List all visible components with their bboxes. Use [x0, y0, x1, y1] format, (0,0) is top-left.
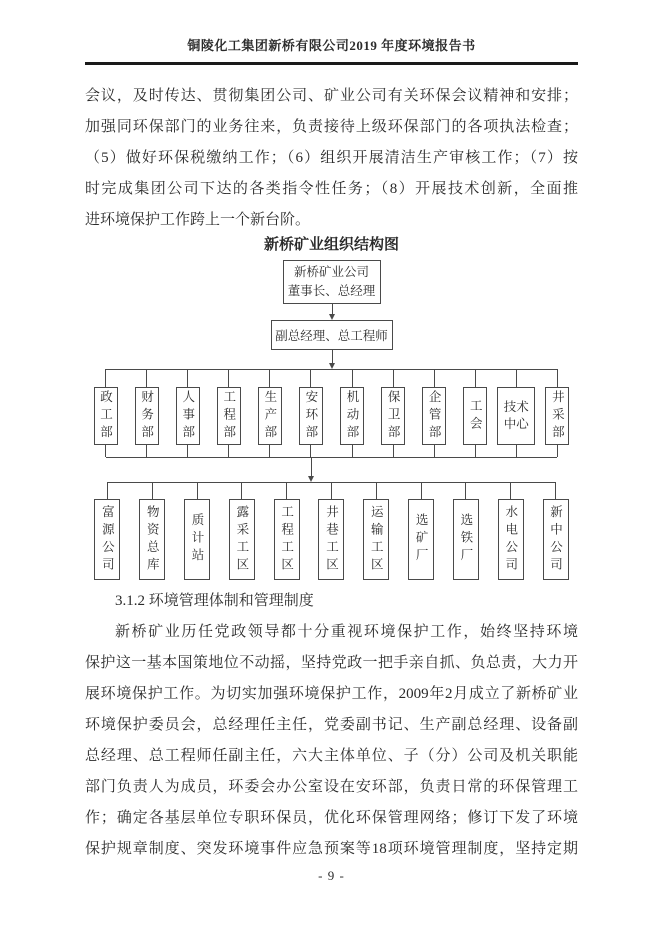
org-column: 质计站 — [175, 482, 220, 580]
department-box: 技术中心 — [497, 387, 535, 445]
org-column: 机动部 — [331, 369, 372, 457]
deputy-box: 副总经理、总工程师 — [271, 320, 393, 350]
org-column: 安环部 — [290, 369, 331, 457]
text-line: 新桥矿业历任党政领导都十分重视环境保护工作，始终坚持环境 — [85, 617, 578, 648]
unit-box: 质计站 — [184, 499, 210, 580]
page-number: - 9 - — [85, 867, 578, 885]
org-chart: 新桥矿业公司 董事长、总经理 副总经理、总工程师 政工部 财务部 — [85, 254, 578, 584]
org-column: 井采部 — [537, 369, 578, 457]
org-column: 物资总库 — [130, 482, 175, 580]
connector-stub — [510, 482, 511, 499]
connector-stub — [516, 445, 517, 457]
body-paragraph: 新桥矿业历任党政领导都十分重视环境保护工作，始终坚持环境 保护这一基本国策地位不… — [85, 617, 578, 865]
unit-box: 选矿厂 — [408, 499, 434, 580]
department-box: 财务部 — [135, 387, 159, 445]
connector-stub — [475, 445, 476, 457]
org-column: 生产部 — [249, 369, 290, 457]
connector-stub — [516, 369, 517, 387]
text-line: 部门负责人为成员，环委会办公室设在安环部，负责日常的环保管理工 — [85, 772, 578, 803]
org-column: 保卫部 — [373, 369, 414, 457]
department-box: 工会 — [463, 387, 487, 445]
down-arrow-icon — [332, 304, 333, 314]
units-row: 富源公司 物资总库 质计站 露采工区 — [85, 482, 578, 580]
text-line: 进环境保护工作跨上一个新台阶。 — [85, 205, 578, 236]
connector-stub — [310, 445, 311, 457]
connector-line-middle — [106, 457, 558, 458]
org-column: 水电公司 — [488, 482, 533, 580]
unit-box: 水电公司 — [498, 499, 524, 580]
unit-box: 新中公司 — [543, 499, 569, 580]
org-column: 技术中心 — [496, 369, 537, 457]
org-column: 工程工区 — [264, 482, 309, 580]
connector-stub — [105, 369, 106, 387]
text-line: （5）做好环保税缴纳工作；（6）组织开展清洁生产审核工作；（7）按 — [85, 143, 578, 174]
org-column: 人事部 — [167, 369, 208, 457]
department-box: 人事部 — [176, 387, 200, 445]
text-line: 作；确定各基层单位专职环保员，优化环保管理网络；修订下发了环境 — [85, 803, 578, 834]
connector-stub — [187, 369, 188, 387]
text-line: 保护这一基本国策地位不动摇，坚持党政一把手亲自抓、负总责，大力开 — [85, 648, 578, 679]
connector-stub — [352, 369, 353, 387]
connector-stub — [228, 369, 229, 387]
text-line: 总经理、总工程师任副主任，六大主体单位、子（分）公司及机关职能 — [85, 741, 578, 772]
connector-stub — [241, 482, 242, 499]
org-column: 新中公司 — [533, 482, 578, 580]
connector-stub — [465, 482, 466, 499]
connector-stub — [434, 369, 435, 387]
org-column: 露采工区 — [219, 482, 264, 580]
text-line: 加强同环保部门的业务往来，负责接待上级环保部门的各项执法检查； — [85, 112, 578, 143]
connector-stub — [555, 482, 556, 499]
connector-stub — [475, 369, 476, 387]
down-arrow-icon — [311, 457, 312, 476]
document-header: 铜陵化工集团新桥有限公司2019 年度环境报告书 — [85, 36, 578, 65]
department-box: 井采部 — [545, 387, 569, 445]
connector-stub — [187, 445, 188, 457]
text-line: 时完成集团公司下达的各类指令性任务；（8）开展技术创新，全面推 — [85, 174, 578, 205]
connector-stub — [152, 482, 153, 499]
org-column: 井巷工区 — [309, 482, 354, 580]
connector-stub — [557, 369, 558, 387]
connector-stub — [331, 482, 332, 499]
department-box: 企管部 — [422, 387, 446, 445]
connector-stub — [105, 445, 106, 457]
department-box: 安环部 — [299, 387, 323, 445]
text-line: 展环境保护工作。为切实加强环境保护工作，2009年2月成立了新桥矿业 — [85, 679, 578, 710]
section-heading: 3.1.2 环境管理体制和管理制度 — [85, 586, 578, 617]
department-box: 机动部 — [340, 387, 364, 445]
unit-box: 富源公司 — [94, 499, 120, 580]
unit-box: 运输工区 — [363, 499, 389, 580]
intro-paragraph: 会议，及时传达、贯彻集团公司、矿业公司有关环保会议精神和安排； 加强同环保部门的… — [85, 81, 578, 236]
connector-stub — [376, 482, 377, 499]
org-column: 选矿厂 — [399, 482, 444, 580]
department-box: 政工部 — [94, 387, 118, 445]
text-line: 保护规章制度、突发环境事件应急预案等18项环境管理制度，坚持定期 — [85, 834, 578, 865]
connector-stub — [286, 482, 287, 499]
unit-box: 选铁厂 — [453, 499, 479, 580]
org-column: 工程部 — [208, 369, 249, 457]
department-box: 保卫部 — [381, 387, 405, 445]
org-column: 选铁厂 — [444, 482, 489, 580]
root-box-line1: 新桥矿业公司 — [294, 263, 369, 282]
org-column: 政工部 — [85, 369, 126, 457]
text-line: 会议，及时传达、贯彻集团公司、矿业公司有关环保会议精神和安排； — [85, 81, 578, 112]
departments-row: 政工部 财务部 人事部 工程部 — [85, 369, 578, 457]
department-box: 工程部 — [217, 387, 241, 445]
unit-box: 露采工区 — [229, 499, 255, 580]
department-box: 生产部 — [258, 387, 282, 445]
org-column: 运输工区 — [354, 482, 399, 580]
connector-stub — [352, 445, 353, 457]
org-column: 工会 — [455, 369, 496, 457]
connector-stub — [197, 482, 198, 499]
unit-box: 井巷工区 — [318, 499, 344, 580]
document-title: 铜陵化工集团新桥有限公司2019 年度环境报告书 — [85, 36, 578, 56]
unit-box: 物资总库 — [139, 499, 165, 580]
root-box: 新桥矿业公司 董事长、总经理 — [283, 260, 381, 304]
connector-stub — [434, 445, 435, 457]
org-column: 企管部 — [414, 369, 455, 457]
org-column: 财务部 — [126, 369, 167, 457]
connector-stub — [393, 445, 394, 457]
root-box-line2: 董事长、总经理 — [288, 282, 376, 301]
org-chart-title: 新桥矿业组织结构图 — [85, 236, 578, 254]
text-line: 环境保护委员会，总经理任主任，党委副书记、生产副总经理、设备副 — [85, 710, 578, 741]
connector-stub — [269, 369, 270, 387]
connector-stub — [393, 369, 394, 387]
connector-stub — [146, 369, 147, 387]
connector-stub — [310, 369, 311, 387]
connector-stub — [421, 482, 422, 499]
connector-stub — [228, 445, 229, 457]
unit-box: 工程工区 — [274, 499, 300, 580]
connector-stub — [146, 445, 147, 457]
connector-stub — [269, 445, 270, 457]
down-arrow-icon — [332, 350, 333, 363]
org-column: 富源公司 — [85, 482, 130, 580]
connector-stub — [557, 445, 558, 457]
connector-stub — [107, 482, 108, 499]
document-page: 铜陵化工集团新桥有限公司2019 年度环境报告书 会议，及时传达、贯彻集团公司、… — [0, 0, 663, 933]
